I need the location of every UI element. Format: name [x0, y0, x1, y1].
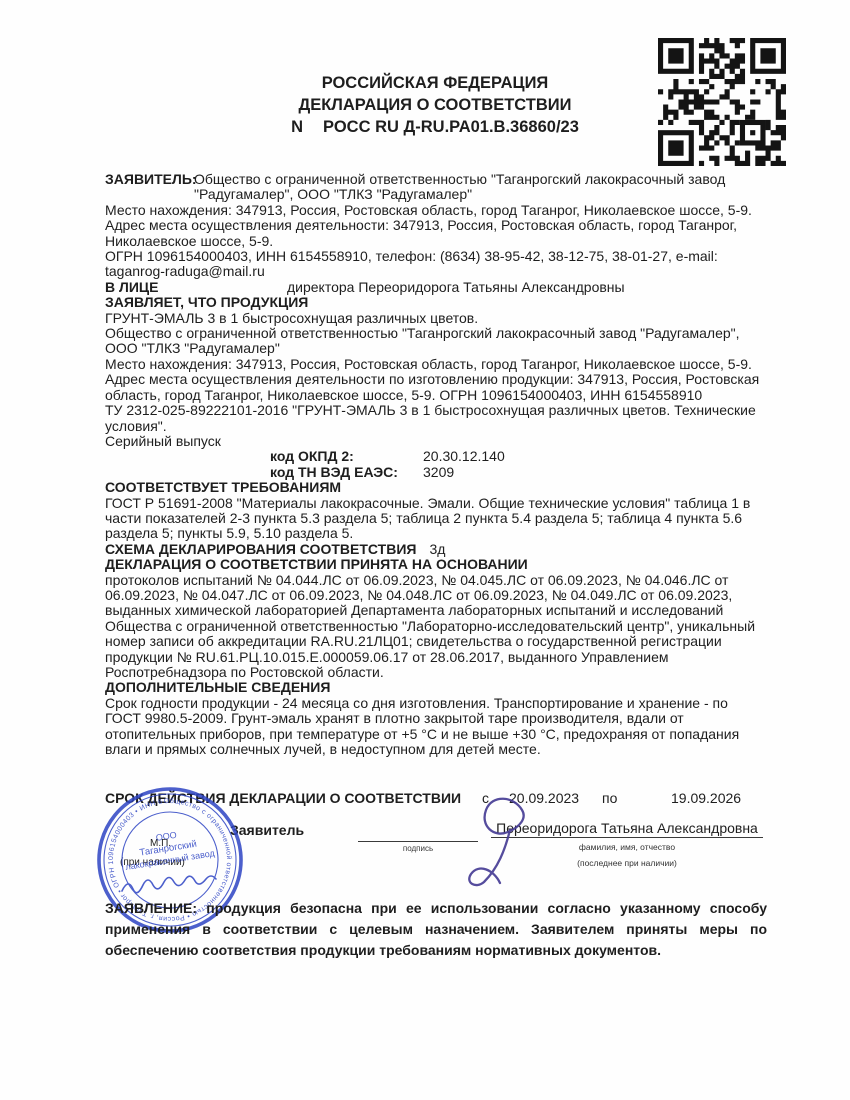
representative-value: директора Переоридорога Татьяны Александ…	[287, 280, 767, 295]
header-number-label: N	[291, 116, 303, 138]
handwritten-signature	[450, 788, 560, 898]
product-name: ГРУНТ-ЭМАЛЬ 3 в 1 быстросохнущая различн…	[105, 311, 767, 326]
validity-to-label: по	[602, 790, 617, 806]
additional-label: ДОПОЛНИТЕЛЬНЫЕ СВЕДЕНИЯ	[105, 679, 330, 695]
compliance-label: СООТВЕТСТВУЕТ ТРЕБОВАНИЯМ	[105, 479, 341, 495]
applicant-label: ЗАЯВИТЕЛЬ:	[105, 172, 197, 187]
compliance-text: ГОСТ Р 51691-2008 "Материалы лакокрасочн…	[105, 496, 767, 542]
tnved-label: код ТН ВЭД ЕАЭС:	[270, 465, 423, 480]
tnved-row: код ТН ВЭД ЕАЭС: 3209	[105, 465, 767, 480]
basis-label: ДЕКЛАРАЦИЯ О СООТВЕТСТВИИ ПРИНЯТА НА ОСН…	[105, 556, 528, 572]
representative-row: В ЛИЦЕ директора Переоридорога Татьяны А…	[105, 280, 767, 295]
representative-label: В ЛИЦЕ	[105, 280, 158, 295]
okpd-value: 20.30.12.140	[423, 449, 505, 464]
header-number-line: N РОСС RU Д-RU.РА01.В.36860/23	[291, 116, 579, 138]
product-location: Место нахождения: 347913, Россия, Ростов…	[105, 357, 767, 372]
qr-code	[658, 38, 786, 166]
product-manufacturer: Общество с ограниченной ответственностью…	[105, 326, 767, 357]
document-body: ЗАЯВИТЕЛЬ: Общество с ограниченной ответ…	[105, 172, 767, 757]
product-serial: Серийный выпуск	[105, 434, 767, 449]
scheme-value: 3д	[429, 541, 445, 557]
okpd-row: код ОКПД 2: 20.30.12.140	[105, 449, 767, 464]
applicant-registration: ОГРН 1096154000403, ИНН 6154558910, теле…	[105, 249, 767, 280]
statement-text: продукция безопасна при ее использовании…	[105, 900, 767, 958]
applicant-location: Место нахождения: 347913, Россия, Ростов…	[105, 203, 767, 218]
header-number: РОСС RU Д-RU.РА01.В.36860/23	[323, 116, 579, 138]
tnved-value: 3209	[423, 465, 454, 480]
product-section-label: ЗАЯВЛЯЕТ, ЧТО ПРОДУКЦИЯ	[105, 294, 308, 310]
product-production-address: Адрес места осуществления деятельности п…	[105, 372, 767, 403]
stamp-inner-autograph	[122, 876, 216, 893]
declaration-document: РОССИЙСКАЯ ФЕДЕРАЦИЯ ДЕКЛАРАЦИЯ О СООТВЕ…	[0, 0, 850, 1100]
okpd-label: код ОКПД 2:	[270, 449, 423, 464]
applicant-row: ЗАЯВИТЕЛЬ: Общество с ограниченной ответ…	[105, 172, 767, 203]
statement-label: ЗАЯВЛЕНИЕ:	[105, 900, 197, 916]
statement-paragraph: ЗАЯВЛЕНИЕ: продукция безопасна при ее ис…	[105, 898, 767, 961]
additional-text: Срок годности продукции - 24 месяца со д…	[105, 696, 767, 758]
product-tu: ТУ 2312-025-89222101-2016 "ГРУНТ-ЭМАЛЬ 3…	[105, 403, 767, 434]
applicant-name: Общество с ограниченной ответственностью…	[194, 172, 754, 203]
validity-to-date: 19.09.2026	[671, 790, 741, 806]
scheme-label: СХЕМА ДЕКЛАРИРОВАНИЯ СООТВЕТСТВИЯ	[105, 541, 416, 557]
stamp-center-text: ООО Таганрогский лакокрасочный завод	[121, 824, 216, 872]
applicant-activity-address: Адрес места осуществления деятельности: …	[105, 218, 767, 249]
basis-text: протоколов испытаний № 04.044.ЛС от 06.0…	[105, 573, 767, 681]
svg-text:ООО: ООО	[155, 830, 177, 843]
